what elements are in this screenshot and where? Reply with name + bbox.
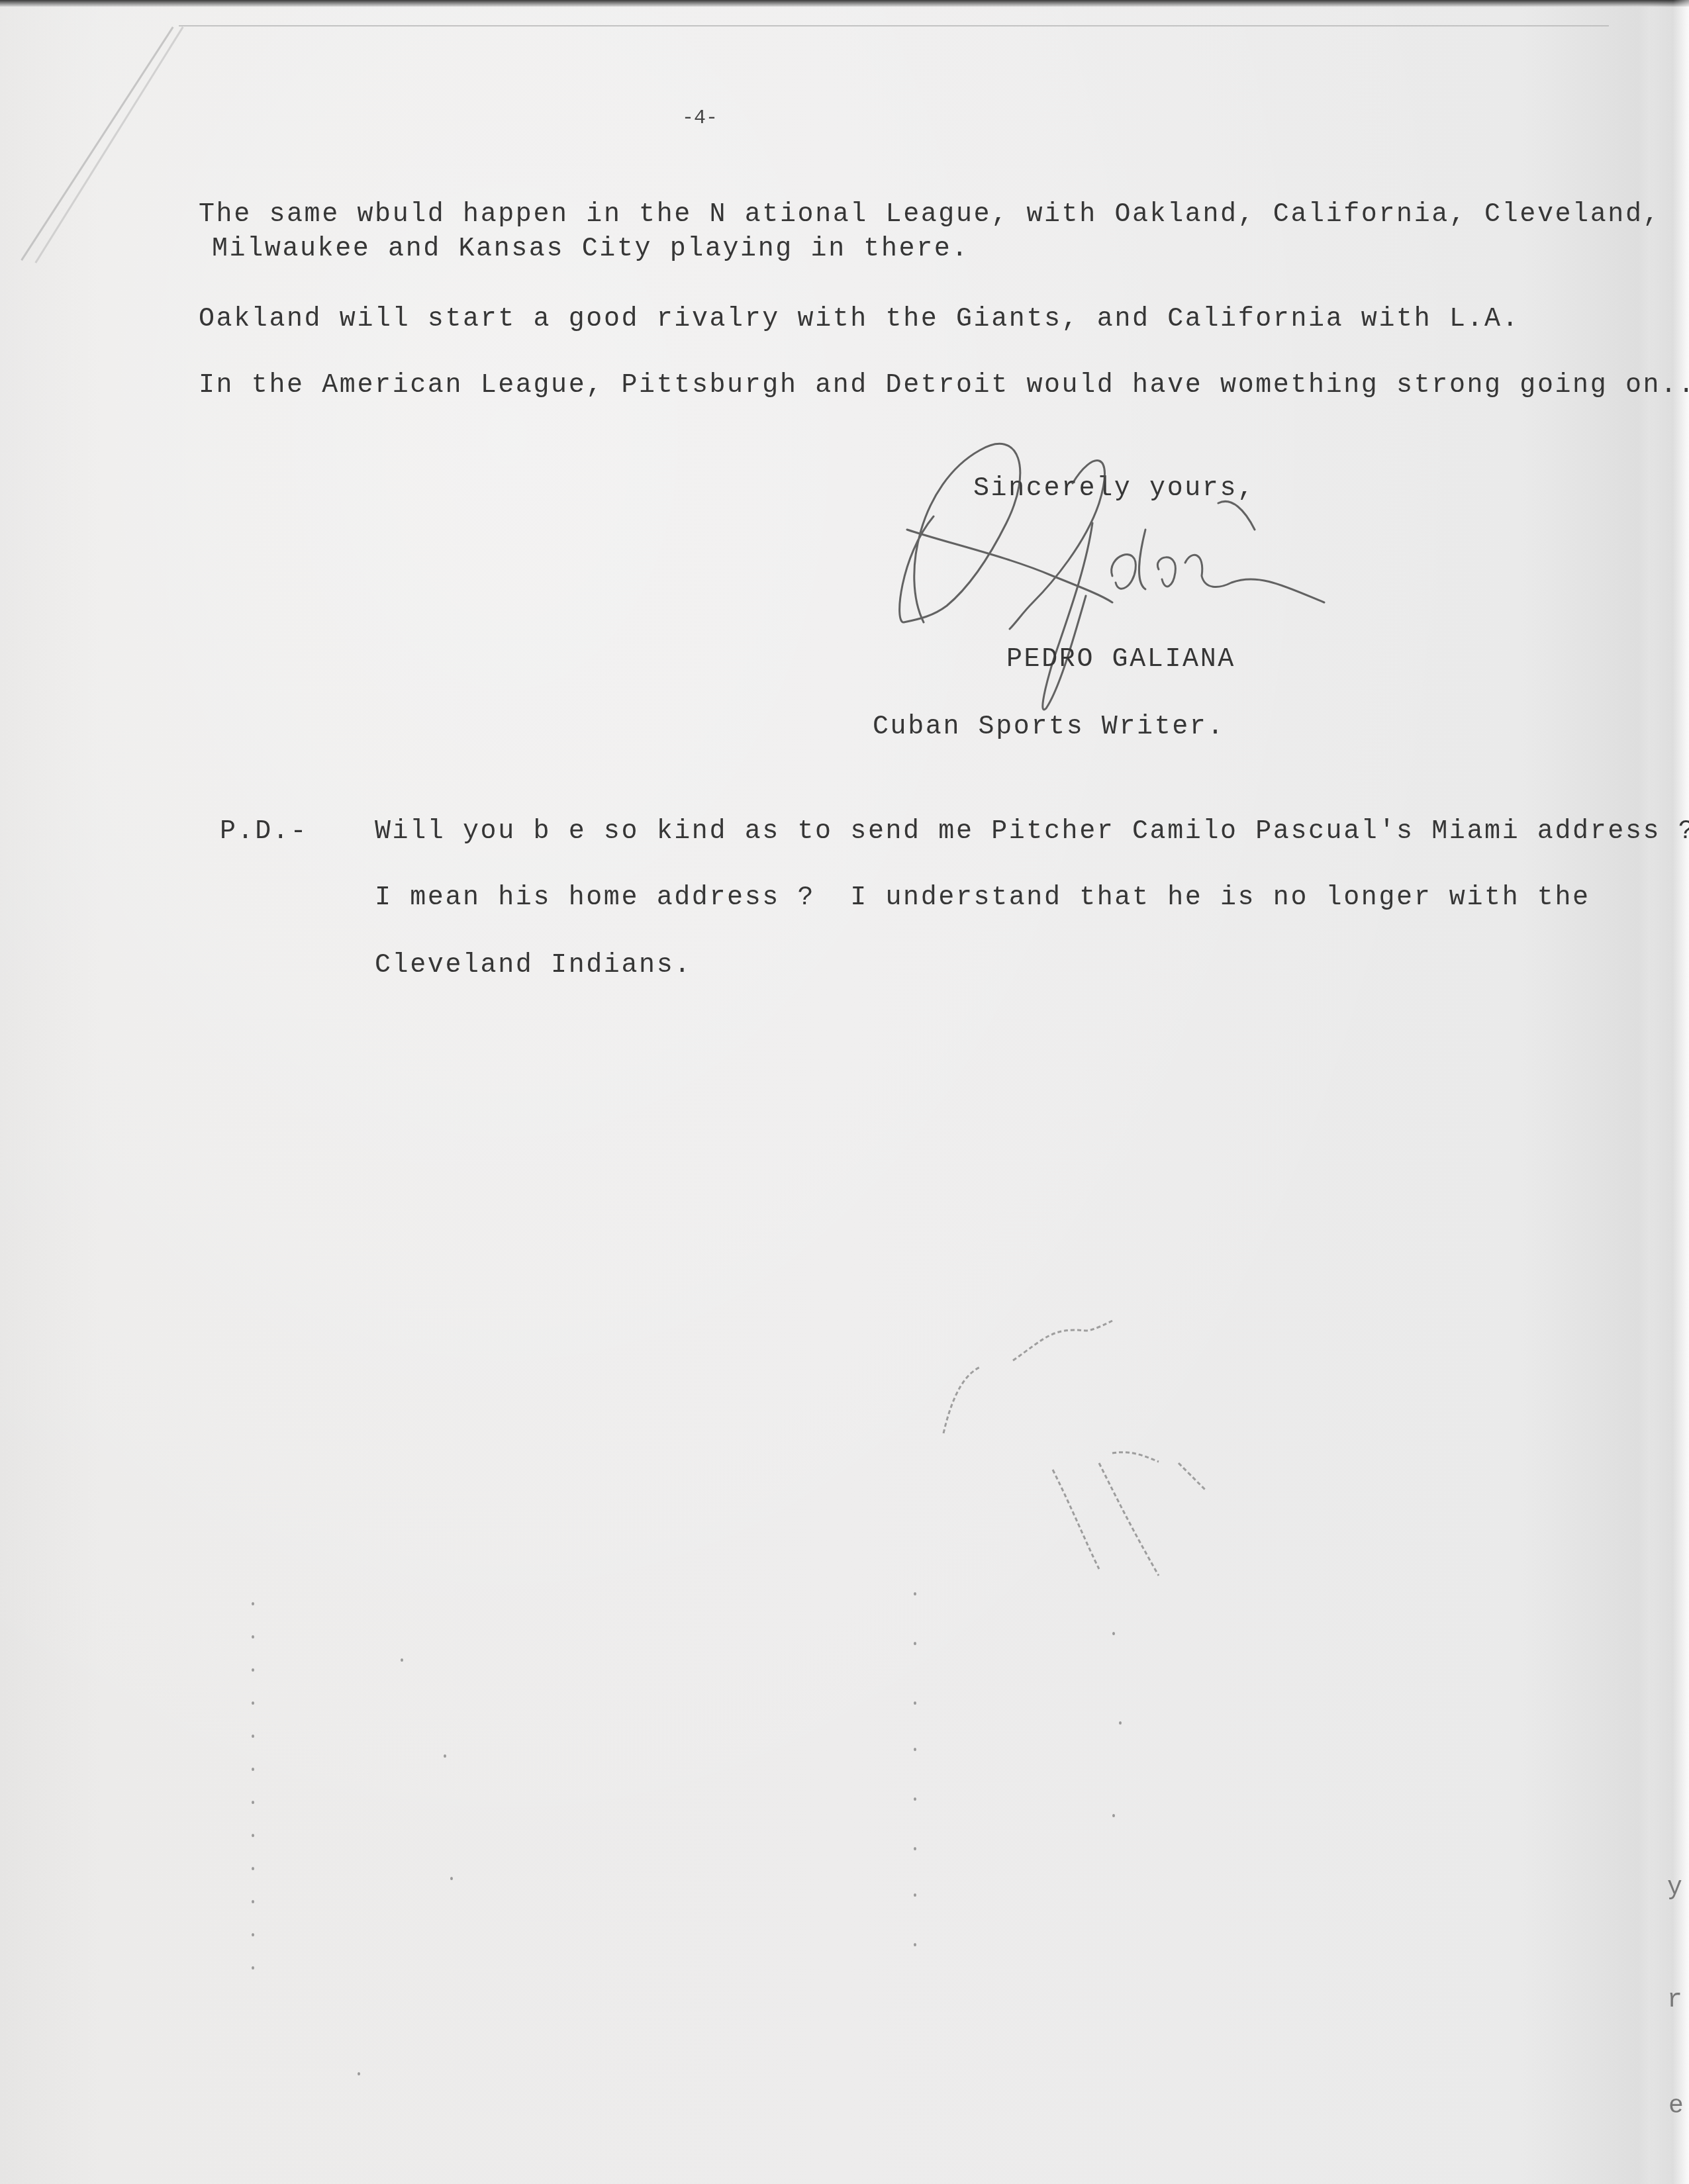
- paper-speck: [914, 1943, 916, 1946]
- paper-speck: [444, 1754, 446, 1758]
- paper-speck: [914, 1592, 916, 1595]
- paragraph-3: In the American League, Pittsburgh and D…: [199, 371, 1689, 401]
- page-number: -4-: [682, 107, 718, 130]
- paper-speck: [252, 1834, 254, 1837]
- paper-speck: [1119, 1721, 1122, 1725]
- paper-speck: [252, 1933, 254, 1936]
- paper-speck: [450, 1877, 453, 1880]
- paper-speck: [252, 1734, 254, 1738]
- paper-fold-line: [34, 26, 183, 263]
- paragraph-1-line-2: Milwaukee and Kansas City playing in the…: [212, 234, 969, 264]
- scan-top-edge: [0, 0, 1689, 7]
- paper-speck: [252, 1768, 254, 1771]
- paper-speck: [1112, 1632, 1115, 1635]
- paper-speck: [914, 1797, 916, 1801]
- paper-speck: [914, 1847, 916, 1850]
- paper-top-rule: [179, 25, 1609, 26]
- paper-speck: [252, 1668, 254, 1672]
- paper-speck: [914, 1642, 916, 1645]
- postscript-line-3: Cleveland Indians.: [375, 951, 692, 980]
- postscript-line-1: Will you b e so kind as to send me Pitch…: [375, 817, 1689, 847]
- paper-speck: [1112, 1814, 1115, 1817]
- paper-fold-line: [21, 26, 173, 261]
- paper-speck: [252, 1966, 254, 1970]
- paper-speck: [252, 1801, 254, 1804]
- paper-speck: [252, 1701, 254, 1705]
- paper-speck: [252, 1867, 254, 1870]
- document-page: -4- The same wbuld happen in the N ation…: [0, 0, 1689, 2184]
- postscript-line-2: I mean his home address ? I understand t…: [375, 883, 1590, 913]
- paper-speck: [358, 2072, 360, 2075]
- paper-speck: [252, 1602, 254, 1605]
- smudge-marks: [894, 1291, 1589, 1754]
- offset-margin-letter: y: [1667, 1874, 1682, 1902]
- paragraph-2: Oakland will start a good rivalry with t…: [199, 305, 1520, 334]
- paper-speck: [252, 1635, 254, 1638]
- postscript-label: P.D.-: [220, 817, 308, 847]
- paper-speck: [252, 1900, 254, 1903]
- paper-speck: [914, 1748, 916, 1751]
- signer-title: Cuban Sports Writer.: [873, 712, 1225, 742]
- paper-speck: [914, 1701, 916, 1705]
- paper-speck: [401, 1658, 403, 1662]
- offset-margin-letter: r: [1667, 1986, 1682, 2015]
- signer-name: PEDRO GALIANA: [1006, 645, 1235, 675]
- handwritten-signature: [874, 424, 1417, 728]
- offset-margin-letter: e: [1668, 2092, 1684, 2120]
- paper-speck: [914, 1893, 916, 1897]
- paragraph-1-line-1: The same wbuld happen in the N ational L…: [199, 200, 1661, 230]
- page-edge-shadow: [1649, 0, 1689, 2184]
